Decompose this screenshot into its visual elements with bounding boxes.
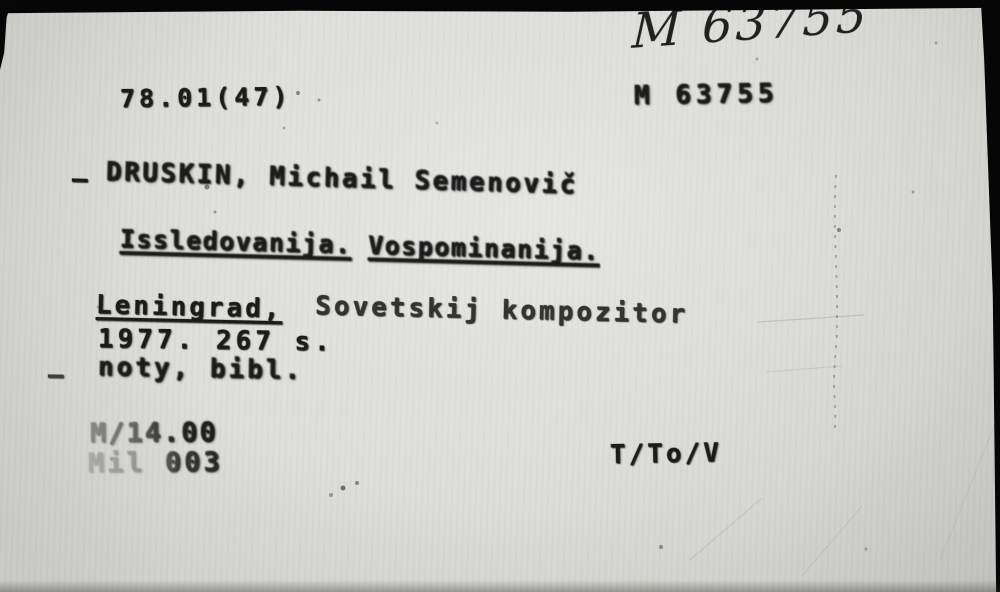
catalog-card-photo: M 63755 78.01(47) M 63755 — DRUSKIN, Mic…: [0, 0, 1000, 592]
notes-line: noty, bibl.: [98, 352, 304, 386]
imprint-place: Leningrad,: [96, 290, 283, 324]
title-word-2: Vospominanija.: [368, 231, 600, 266]
title-word-1: Issledovanija.: [120, 224, 352, 259]
price-code: M/14.00: [90, 417, 218, 449]
call-number: 78.01(47): [120, 82, 292, 113]
author-entry-dash: —: [72, 164, 88, 194]
tracing-code: T/To/V: [610, 438, 722, 470]
typed-accession-number: M 63755: [634, 78, 779, 111]
inventory-code: Mil 003: [88, 447, 223, 479]
photo-bottom-shade: [0, 580, 1000, 592]
notes-dash: —: [48, 360, 64, 390]
